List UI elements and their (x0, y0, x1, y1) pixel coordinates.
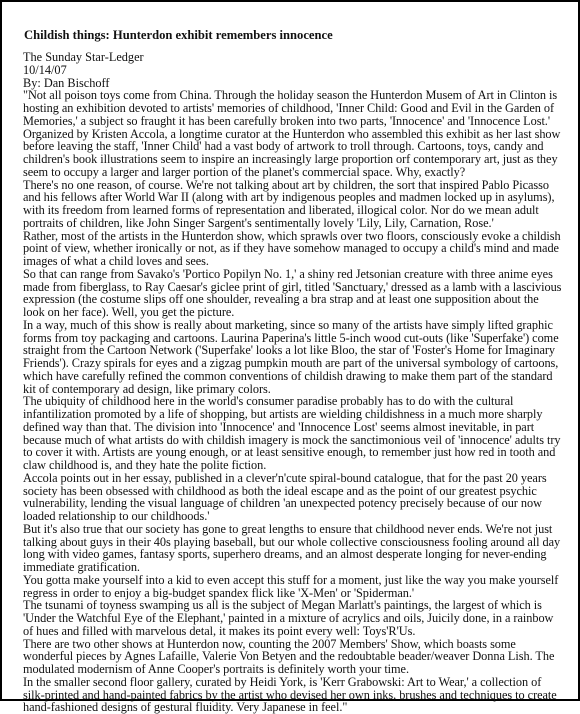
article-meta: The Sunday Star-Ledger 10/14/07 By: Dan … (23, 51, 563, 89)
paragraph: The ubiquity of childhood here in the wo… (23, 395, 563, 472)
paragraph: Accola points out in her essay, publishe… (23, 472, 563, 523)
paragraph: Organized by Kristen Accola, a longtime … (23, 128, 563, 179)
paragraph: There are two other shows at Hunterdon n… (23, 638, 563, 676)
publication-date: 10/14/07 (23, 64, 563, 77)
article-body: "Not all poison toys come from China. Th… (23, 89, 563, 701)
paragraph: The tsunami of toyness swamping us all i… (23, 599, 563, 637)
paragraph: In the smaller second floor gallery, cur… (23, 676, 563, 701)
paragraph: "Not all poison toys come from China. Th… (23, 89, 563, 127)
paragraph: You gotta make yourself into a kid to ev… (23, 574, 563, 600)
paragraph: Rather, most of the artists in the Hunte… (23, 230, 563, 268)
publication-name: The Sunday Star-Ledger (23, 51, 563, 64)
document-frame: Childish things: Hunterdon exhibit remem… (0, 0, 580, 701)
paragraph: But it's also true that our society has … (23, 523, 563, 574)
article: Childish things: Hunterdon exhibit remem… (23, 28, 563, 701)
article-title: Childish things: Hunterdon exhibit remem… (24, 28, 563, 42)
paragraph: There's no one reason, of course. We're … (23, 179, 563, 230)
paragraph: So that can range from Savako's 'Portico… (23, 268, 563, 319)
paragraph: In a way, much of this show is really ab… (23, 319, 563, 396)
